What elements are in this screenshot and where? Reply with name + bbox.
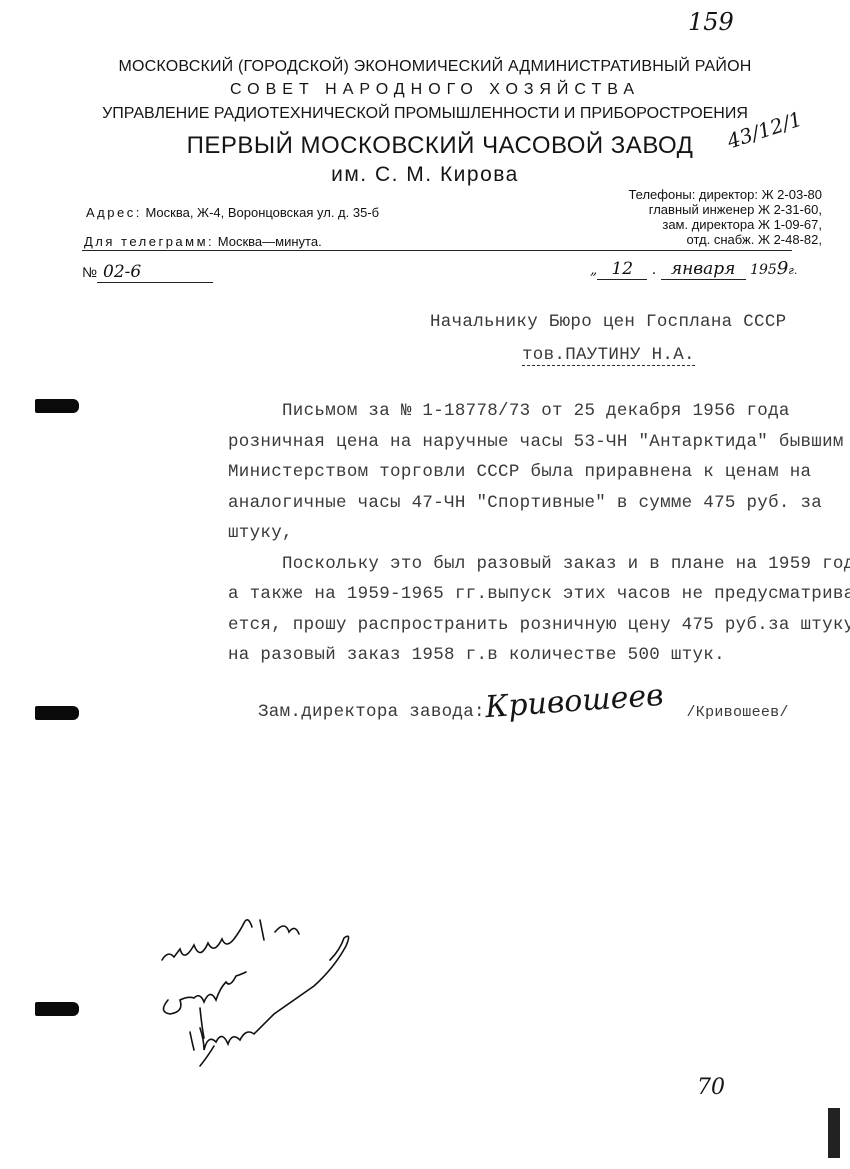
body-line: а также на 1959-1965 гг.выпуск этих часо… — [228, 579, 850, 610]
date-year-prefix: 195 — [750, 262, 777, 278]
date-year-unit: г. — [788, 264, 797, 277]
date-month: января — [661, 259, 746, 280]
handwritten-resolution: т. Малкову. Подготовьте — [110, 860, 450, 1090]
scan-edge-shadow — [828, 1108, 840, 1158]
signatory-title: Зам.директора завода: — [258, 702, 485, 722]
number-label: № — [82, 264, 97, 280]
telegram-label: Для телеграмм: — [84, 234, 214, 249]
letterhead-directorate: УПРАВЛЕНИЕ РАДИОТЕХНИЧЕСКОЙ ПРОМЫШЛЕННОС… — [10, 105, 840, 123]
body-line: Письмом за № 1-18778/73 от 25 декабря 19… — [228, 396, 850, 427]
phone-deputy-director: зам. директора Ж 1-09-67, — [628, 217, 822, 232]
phone-list: Телефоны: директор: Ж 2-03-80 главный ин… — [628, 187, 822, 247]
letterhead-divider — [82, 250, 792, 251]
phone-supply-dept: отд. снабж. Ж 2-48-82, — [628, 232, 822, 247]
letter-body: Письмом за № 1-18778/73 от 25 декабря 19… — [228, 396, 850, 671]
body-line: розничная цена на наручные часы 53-ЧН "А… — [228, 427, 850, 458]
phone-chief-engineer: главный инженер Ж 2-31-60, — [628, 202, 822, 217]
addressee-name-text: тов.ПАУТИНУ Н.А. — [522, 345, 695, 366]
address-value: Москва, Ж-4, Воронцовская ул. д. 35-б — [145, 205, 379, 220]
date-year-suffix: 9 — [777, 258, 788, 279]
factory-name: ПЕРВЫЙ МОСКОВСКИЙ ЧАСОВОЙ ЗАВОД — [10, 132, 850, 160]
signatory-name: /Кривошеев/ — [686, 704, 788, 721]
body-line: штуку, — [228, 518, 850, 549]
body-line: ется, прошу распространить розничную цен… — [228, 610, 850, 641]
letterhead-council: СОВЕТ НАРОДНОГО ХОЗЯЙСТВА — [20, 81, 850, 99]
factory-dedication: им. С. М. Кирова — [10, 163, 840, 187]
addressee-position: Начальнику Бюро цен Госплана СССР — [430, 312, 786, 332]
letterhead-region: МОСКОВСКИЙ (ГОРОДСКОЙ) ЭКОНОМИЧЕСКИЙ АДМ… — [20, 58, 850, 76]
folio-number-bottom: 70 — [697, 1075, 725, 1100]
addressee-name: тов.ПАУТИНУ Н.А. — [522, 345, 695, 365]
telegram-address: Для телеграмм: Москва—минута. — [84, 234, 322, 249]
address-label: Адрес: — [86, 205, 142, 220]
telegram-value: Москва—минута. — [218, 234, 322, 249]
body-line: на разовый заказ 1958 г.в количестве 500… — [228, 640, 850, 671]
body-line: Поскольку это был разовый заказ и в план… — [228, 549, 850, 580]
document-number: №02-6 — [82, 262, 213, 283]
phone-director: Телефоны: директор: Ж 2-03-80 — [628, 187, 822, 202]
date-day: 12 — [597, 259, 647, 280]
factory-address: Адрес: Москва, Ж-4, Воронцовская ул. д. … — [86, 205, 379, 220]
document-date: „12 . января 1959г. — [590, 258, 797, 280]
punch-hole-mark — [35, 706, 79, 720]
folio-number-top: 159 — [688, 8, 734, 36]
body-line: Министерством торговли СССР была приравн… — [228, 457, 850, 488]
punch-hole-mark — [35, 1002, 79, 1016]
number-value: 02-6 — [97, 262, 213, 283]
punch-hole-mark — [35, 399, 79, 413]
body-line: аналогичные часы 47-ЧН "Спортивные" в су… — [228, 488, 850, 519]
